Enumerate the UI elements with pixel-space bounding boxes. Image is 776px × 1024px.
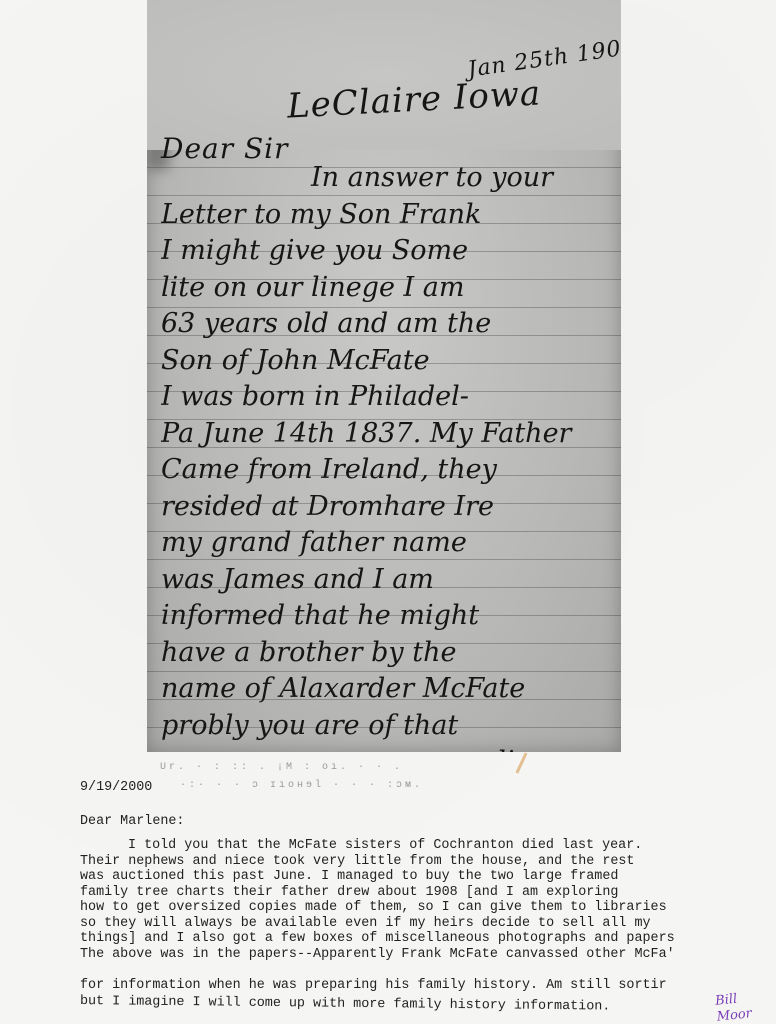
note-greeting: Dear Marlene:: [80, 814, 184, 829]
letter-line: lite on our linege I am: [161, 270, 611, 307]
note-line: how to get oversized copies made of them…: [80, 900, 675, 916]
letter-line: Son of John McFate: [161, 343, 611, 380]
letter-line: informed that he might: [161, 598, 611, 635]
letter-line: was James and I am: [161, 562, 611, 599]
bleed-through-text: Ur. · : :: . ¡M : oı. · · .: [160, 762, 403, 773]
letter-line: resided at Dromhare Ire: [161, 489, 611, 526]
note-continuation: for information when he was preparing hi…: [80, 978, 667, 1010]
letter-line: In answer to your: [161, 160, 611, 197]
handwritten-annotation: Bill Moor: [714, 990, 752, 1024]
letter-line: probly you are of that: [161, 708, 611, 745]
note-line: I told you that the McFate sisters of Co…: [80, 838, 675, 854]
letter-line: Pa June 14th 1837. My Father: [161, 416, 611, 453]
bleed-through-text: ·:· · · ɔ ɪıoʜɘl · · · :ɔᴍ.: [180, 780, 423, 791]
note-line: things] and I also got a few boxes of mi…: [80, 931, 675, 947]
note-line: so they will always be available even if…: [80, 916, 675, 932]
letter-body: In answer to your Letter to my Son Frank…: [161, 160, 611, 752]
letter-line: Came from Ireland, they: [161, 452, 611, 489]
letter-header-area: [147, 0, 621, 150]
letter-line: I was born in Philadel-: [161, 379, 611, 416]
note-line: was auctioned this past June. I managed …: [80, 869, 675, 885]
letter-line: linege: [161, 744, 611, 752]
letter-line: have a brother by the: [161, 635, 611, 672]
note-paragraph: I told you that the McFate sisters of Co…: [80, 838, 675, 962]
note-line: The above was in the papers--Apparently …: [80, 947, 675, 963]
letter-line: I might give you Some: [161, 233, 611, 270]
note-line: Their nephews and niece took very little…: [80, 854, 675, 870]
annotation-line: Moor: [716, 1006, 753, 1024]
note-line: for information when he was preparing hi…: [80, 978, 667, 994]
letter-line: name of Alaxarder McFate: [161, 671, 611, 708]
note-line: family tree charts their father drew abo…: [80, 885, 675, 901]
handwritten-letter-photocopy: Jan 25th 1901 LeClaire Iowa Dear Sir In …: [147, 0, 621, 752]
note-date: 9/19/2000: [80, 780, 152, 795]
letter-line: my grand father name: [161, 525, 611, 562]
letter-line: 63 years old and am the: [161, 306, 611, 343]
letter-line: Letter to my Son Frank: [161, 197, 611, 234]
